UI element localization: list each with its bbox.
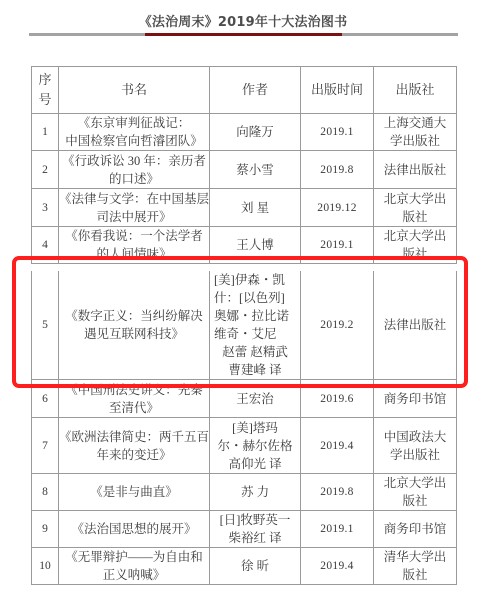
book-author: 蔡小雪: [210, 151, 301, 189]
book-author: [美]塔玛 尔・赫尔佐格 高仰光 译: [210, 418, 301, 474]
book-author: 苏 力: [210, 474, 301, 511]
book-title-line: 的人间情味》: [59, 245, 209, 263]
book-translator-line: 高仰光 译: [210, 455, 300, 473]
table-row: 2 《行政诉讼 30 年：亲历者 的口述》 蔡小雪 2019.8 法律出版社: [32, 151, 457, 189]
publisher: 法律出版社: [374, 151, 457, 189]
table-row: 9 《法治国思想的展开》 [日]牧野英一 柴裕红 译 2019.1 商务印书馆: [32, 511, 457, 548]
publisher-line: 学出版社: [374, 132, 456, 150]
book-author-line: 刘 星: [210, 199, 300, 217]
book-author-line: 奥娜・拉比诺: [210, 307, 300, 325]
publish-date: 2019.2: [301, 271, 374, 380]
publisher-line: 版社: [374, 492, 456, 510]
publisher-line: 法律出版社: [374, 316, 456, 334]
row-number: 4: [32, 227, 59, 264]
row-number: 5: [32, 271, 59, 380]
row-number: 3: [32, 189, 59, 227]
table-row: 10 《无罪辩护——为自由和 正义呐喊》 徐 昕 2019.4 清华大学出 版社: [32, 548, 457, 585]
table-row-highlighted: 5 《数字正义：当纠纷解决 遇见互联网科技》 [美]伊森・凯 什：[以色列] 奥…: [32, 271, 457, 380]
publish-date: 2019.4: [301, 418, 374, 474]
publisher: 北京大学出 版社: [374, 227, 457, 264]
book-author-line: 维奇・艾尼: [210, 325, 300, 343]
table-row: 8 《是非与曲直》 苏 力 2019.8 北京大学出 版社: [32, 474, 457, 511]
publisher: 北京大学出 版社: [374, 189, 457, 227]
book-author: 向隆万: [210, 114, 301, 151]
book-title-line: 《中国刑法史讲义：先秦: [59, 381, 209, 399]
table-row: 6 《中国刑法史讲义：先秦 至清代》 王宏治 2019.6 商务印书馆: [32, 380, 457, 418]
row-number: 9: [32, 511, 59, 548]
book-author-line: [美]伊森・凯: [210, 271, 300, 289]
row-number: 6: [32, 380, 59, 418]
book-author-line: 尔・赫尔佐格: [210, 437, 300, 455]
title-underline-accent: [145, 33, 342, 36]
book-title: 《数字正义：当纠纷解决 遇见互联网科技》: [59, 271, 210, 380]
book-author-line: 苏 力: [210, 483, 300, 501]
book-title: 《无罪辩护——为自由和 正义呐喊》: [59, 548, 210, 585]
book-author-line: [日]牧野英一: [210, 511, 300, 529]
book-author: 刘 星: [210, 189, 301, 227]
row-number: 2: [32, 151, 59, 189]
publish-date: 2019.4: [301, 548, 374, 585]
book-title: 《你看我说：一个法学者 的人间情味》: [59, 227, 210, 264]
book-title: 《欧洲法律简史：两千五百 年来的变迁》: [59, 418, 210, 474]
publisher: 商务印书馆: [374, 380, 457, 418]
book-title-line: 遇见互联网科技》: [59, 325, 209, 343]
publish-date: 2019.1: [301, 227, 374, 264]
book-title-line: 《东京审判征战记：: [59, 114, 209, 132]
book-table-part-2: 5 《数字正义：当纠纷解决 遇见互联网科技》 [美]伊森・凯 什：[以色列] 奥…: [31, 271, 457, 585]
book-title-line: 《法治国思想的展开》: [59, 520, 209, 538]
book-title-line: 至清代》: [59, 399, 209, 417]
table-row: 1 《东京审判征战记： 中国检察官向哲濬团队》 向隆万 2019.1 上海交通大…: [32, 114, 457, 151]
publisher-line: 法律出版社: [374, 161, 456, 179]
book-title-line: 中国检察官向哲濬团队》: [59, 132, 209, 150]
book-author-line: 王人博: [210, 236, 300, 254]
table-row: 4 《你看我说：一个法学者 的人间情味》 王人博 2019.1 北京大学出 版社: [32, 227, 457, 264]
publisher-line: 版社: [374, 208, 456, 226]
publisher-line: 北京大学出: [374, 227, 456, 245]
publisher-line: 版社: [374, 245, 456, 263]
publish-date: 2019.1: [301, 114, 374, 151]
book-author-line: 什：[以色列]: [210, 289, 300, 307]
book-title: 《东京审判征战记： 中国检察官向哲濬团队》: [59, 114, 210, 151]
book-translator-line: 曹建峰 译: [210, 361, 300, 379]
header-author: 作者: [210, 67, 301, 114]
header-publisher: 出版社: [374, 67, 457, 114]
book-title-line: 《你看我说：一个法学者: [59, 227, 209, 245]
publisher: 清华大学出 版社: [374, 548, 457, 585]
book-title-line: 年来的变迁》: [59, 446, 209, 464]
book-title-line: 《欧洲法律简史：两千五百: [59, 428, 209, 446]
book-author: 王人博: [210, 227, 301, 264]
book-title: 《行政诉讼 30 年：亲历者 的口述》: [59, 151, 210, 189]
book-title-line: 的口述》: [59, 170, 209, 188]
publish-date: 2019.8: [301, 474, 374, 511]
header-date: 出版时间: [301, 67, 374, 114]
book-translator-line: 赵蕾 赵精武: [210, 343, 300, 361]
book-author: 徐 昕: [210, 548, 301, 585]
header-no: 序 号: [32, 67, 59, 114]
publish-date: 2019.8: [301, 151, 374, 189]
book-title-line: 《无罪辩护——为自由和: [59, 548, 209, 566]
book-title: 《法律与文学：在中国基层 司法中展开》: [59, 189, 210, 227]
book-author-line: 蔡小雪: [210, 161, 300, 179]
publisher: 商务印书馆: [374, 511, 457, 548]
publisher-line: 北京大学出: [374, 474, 456, 492]
book-title: 《法治国思想的展开》: [59, 511, 210, 548]
book-title-line: 《行政诉讼 30 年：亲历者: [59, 152, 209, 170]
publisher: 法律出版社: [374, 271, 457, 380]
book-title-line: 《是非与曲直》: [59, 483, 209, 501]
book-translator-line: 柴裕红 译: [210, 529, 300, 547]
publisher-line: 商务印书馆: [374, 390, 456, 408]
book-title-line: 司法中展开》: [59, 208, 209, 226]
row-number: 7: [32, 418, 59, 474]
publisher-line: 版社: [374, 566, 456, 584]
publisher-line: 学出版社: [374, 446, 456, 464]
table-row: 3 《法律与文学：在中国基层 司法中展开》 刘 星 2019.12 北京大学出 …: [32, 189, 457, 227]
row-number: 8: [32, 474, 59, 511]
publisher-line: 商务印书馆: [374, 520, 456, 538]
book-title: 《是非与曲直》: [59, 474, 210, 511]
row-number: 1: [32, 114, 59, 151]
table-row: 7 《欧洲法律简史：两千五百 年来的变迁》 [美]塔玛 尔・赫尔佐格 高仰光 译…: [32, 418, 457, 474]
header-no-line: 号: [32, 90, 58, 110]
publisher-line: 中国政法大: [374, 428, 456, 446]
publisher: 中国政法大 学出版社: [374, 418, 457, 474]
publisher-line: 清华大学出: [374, 548, 456, 566]
book-author-line: 王宏治: [210, 390, 300, 408]
header-title: 书名: [59, 67, 210, 114]
book-title: 《中国刑法史讲义：先秦 至清代》: [59, 380, 210, 418]
book-author-line: 向隆万: [210, 123, 300, 141]
publisher-line: 上海交通大: [374, 114, 456, 132]
book-title-line: 《法律与文学：在中国基层: [59, 190, 209, 208]
publish-date: 2019.12: [301, 189, 374, 227]
book-author-line: [美]塔玛: [210, 419, 300, 437]
header-no-line: 序: [32, 70, 58, 90]
publisher-line: 北京大学出: [374, 190, 456, 208]
book-table-part-1: 序 号 书名 作者 出版时间 出版社 1 《东京审判征战记： 中国检察官向哲濬团…: [31, 66, 457, 264]
book-author: [日]牧野英一 柴裕红 译: [210, 511, 301, 548]
publish-date: 2019.1: [301, 511, 374, 548]
book-title-line: 《数字正义：当纠纷解决: [59, 307, 209, 325]
book-author: 王宏治: [210, 380, 301, 418]
publisher: 北京大学出 版社: [374, 474, 457, 511]
row-number: 10: [32, 548, 59, 585]
page-title: 《法治周末》2019年十大法治图书: [0, 11, 482, 30]
publisher: 上海交通大 学出版社: [374, 114, 457, 151]
book-author: [美]伊森・凯 什：[以色列] 奥娜・拉比诺 维奇・艾尼 赵蕾 赵精武 曹建峰 …: [210, 271, 301, 380]
book-author-line: 徐 昕: [210, 557, 300, 575]
table-header-row: 序 号 书名 作者 出版时间 出版社: [32, 67, 457, 114]
publish-date: 2019.6: [301, 380, 374, 418]
book-title-line: 正义呐喊》: [59, 566, 209, 584]
